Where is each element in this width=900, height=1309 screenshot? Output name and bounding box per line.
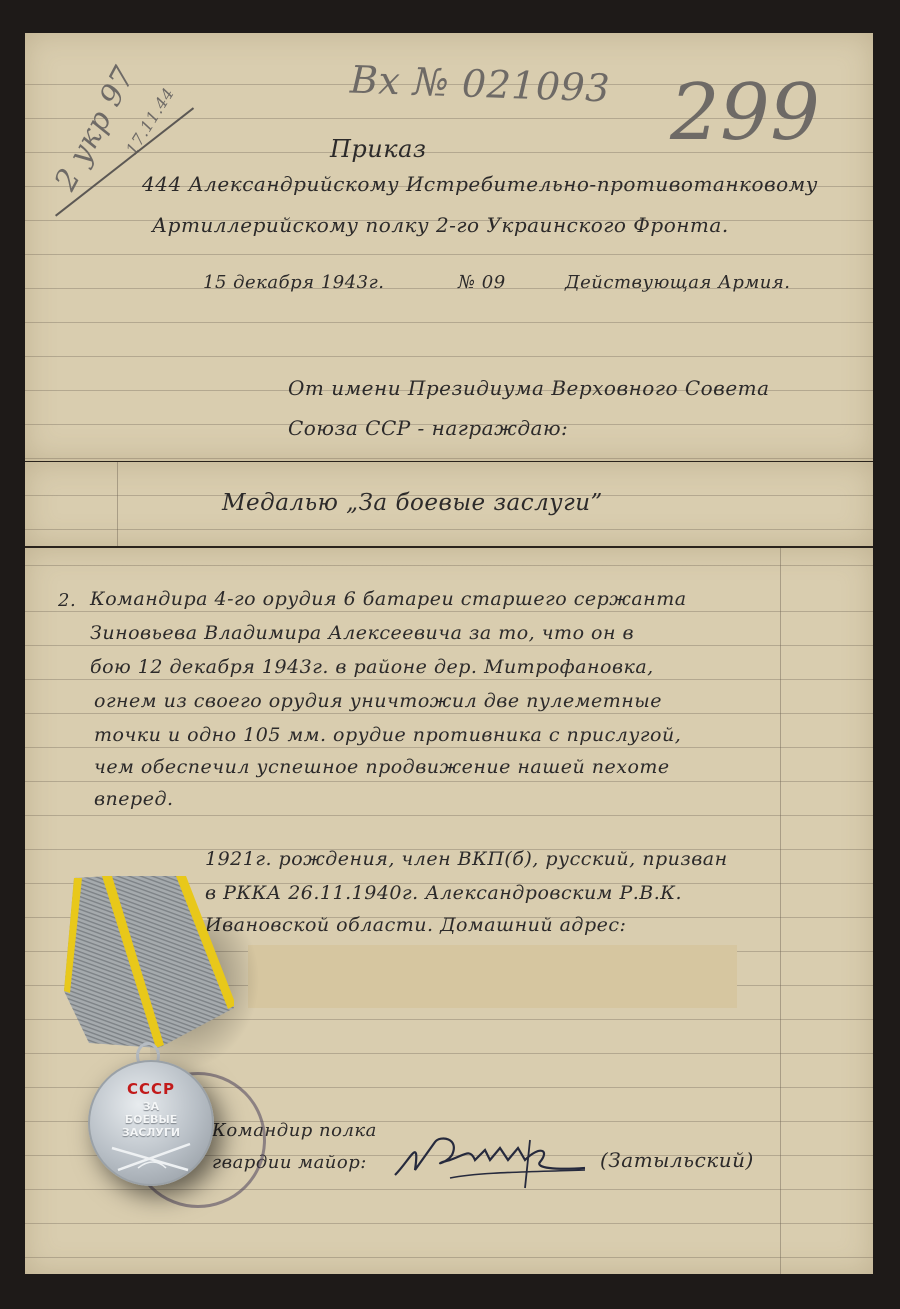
medal-inscription: ЗА БОЕВЫЕ ЗАСЛУГИ — [90, 1100, 212, 1139]
margin-line — [117, 462, 118, 546]
medal-inscription-line: ЗАСЛУГИ — [90, 1126, 212, 1139]
medal-inscription-line: БОЕВЫЕ — [90, 1113, 212, 1126]
bio-line: 1921г. рождения, член ВКП(б), русский, п… — [205, 848, 728, 870]
crossed-sabres-icon — [108, 1140, 194, 1174]
citation-line: точки и одно 105 мм. орудие противника с… — [94, 724, 681, 746]
margin-line — [780, 548, 781, 1274]
citation-line: огнем из своего орудия уничтожил две пул… — [94, 690, 662, 712]
page-number: 299 — [670, 68, 820, 158]
unit-line-2: Артиллерийскому полку 2-го Украинского Ф… — [152, 213, 729, 237]
order-location: Действующая Армия. — [565, 272, 791, 293]
medal-inscription-line: ЗА — [90, 1100, 212, 1113]
signature-name: (Затыльский) — [600, 1148, 754, 1172]
citation-line: вперед. — [94, 788, 174, 810]
preamble-line-2: Союза ССР - награждаю: — [288, 416, 568, 440]
award-title: Медалью „За боевые заслуги” — [222, 490, 603, 516]
order-title: Приказ — [330, 135, 426, 163]
bio-line: Ивановской области. Домашний адрес: — [205, 914, 626, 936]
medal-for-battle-merit: СССР ЗА БОЕВЫЕ ЗАСЛУГИ — [88, 1060, 214, 1186]
citation-line: чем обеспечил успешное продвижение нашей… — [94, 756, 670, 778]
citation-line: бою 12 декабря 1943г. в районе дер. Митр… — [90, 656, 654, 678]
preamble-line-1: От имени Президиума Верховного Совета — [288, 376, 770, 400]
citation-item-number: 2. — [58, 590, 76, 611]
order-number: № 09 — [458, 272, 506, 293]
registry-stamp-text: Вх № 021093 — [349, 57, 610, 110]
redacted-address — [248, 945, 737, 1008]
bio-line: в РККА 26.11.1940г. Александровским Р.В.… — [205, 882, 682, 904]
medal-cccp-text: СССР — [90, 1080, 212, 1098]
order-date: 15 декабря 1943г. — [203, 272, 384, 293]
unit-line-1: 444 Александрийскому Истребительно-проти… — [142, 172, 818, 196]
signature-mark — [390, 1130, 600, 1190]
medal-ribbon — [64, 873, 234, 1053]
citation-line: Зиновьева Владимира Алексеевича за то, ч… — [90, 622, 634, 644]
citation-line: Командира 4-го орудия 6 батареи старшего… — [90, 588, 687, 610]
